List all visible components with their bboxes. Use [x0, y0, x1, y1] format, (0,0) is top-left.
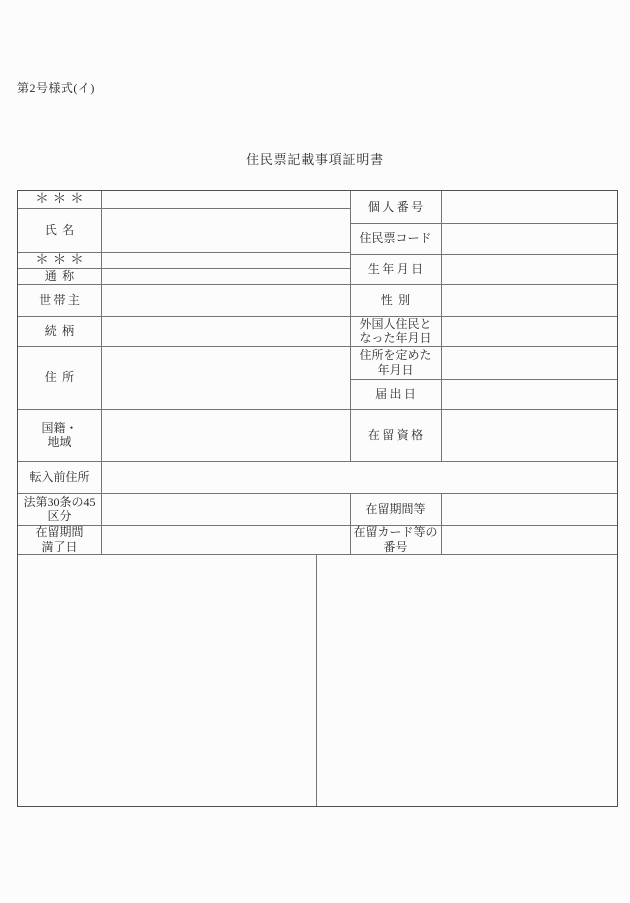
law-30-45-category-value-cell — [102, 493, 350, 525]
previous-address-value-cell — [102, 461, 617, 493]
notification-date-value-cell — [442, 379, 617, 409]
nationality-region-value-cell — [102, 409, 350, 461]
notification-date-field-label: 届出日 — [350, 379, 441, 409]
residence-period-value-cell — [442, 493, 617, 525]
previous-address-field-label: 転入前住所 — [18, 461, 101, 493]
masked-alias-value-cell — [102, 252, 350, 268]
gender-field-label: 性別 — [350, 284, 441, 316]
individual-number-field-label: 個人番号 — [350, 191, 441, 223]
relationship-field-label: 続柄 — [18, 316, 101, 346]
foreign-resident-since-field-label: 外国人住民と なった年月日 — [350, 316, 441, 346]
form-style-number: 第2号様式(イ) — [17, 79, 95, 96]
masked-top-value-cell — [102, 191, 350, 208]
individual-number-value-cell — [442, 191, 617, 223]
name-value-cell — [102, 208, 350, 252]
householder-value-cell — [102, 284, 350, 316]
alias-field-label: 通称 — [18, 268, 101, 284]
masked-top-label: ＊＊＊ — [18, 191, 101, 208]
gender-value-cell — [442, 284, 617, 316]
address-fixed-date-field-label: 住所を定めた 年月日 — [350, 346, 441, 379]
resident-record-certificate-table: ＊＊＊ 氏名 ＊＊＊ 通称 世帯主 続柄 住所 国籍・ 地域 転入前住所 法第3… — [17, 190, 618, 807]
residence-period-expiry-value-cell — [102, 525, 350, 554]
alias-value-cell — [102, 268, 350, 284]
date-of-birth-value-cell — [442, 254, 617, 284]
address-field-label: 住所 — [18, 346, 101, 409]
address-value-cell — [102, 346, 350, 409]
law-30-45-category-field-label: 法第30条の45 区分 — [18, 493, 101, 525]
name-field-label: 氏名 — [18, 208, 101, 252]
foreign-resident-since-value-cell — [442, 316, 617, 346]
nationality-region-field-label: 国籍・ 地域 — [18, 409, 101, 461]
resident-record-code-value-cell — [442, 223, 617, 254]
residence-period-field-label: 在留期間等 — [350, 493, 441, 525]
residence-period-expiry-field-label: 在留期間 満了日 — [18, 525, 101, 554]
address-fixed-date-value-cell — [442, 346, 617, 379]
householder-field-label: 世帯主 — [18, 284, 101, 316]
resident-record-code-field-label: 住民票コード — [350, 223, 441, 254]
relationship-value-cell — [102, 316, 350, 346]
bottom-right-notes-box — [317, 554, 617, 806]
document-title: 住民票記載事項証明書 — [0, 149, 630, 168]
residence-card-number-value-cell — [442, 525, 617, 554]
residence-status-value-cell — [442, 409, 617, 461]
residence-status-field-label: 在留資格 — [350, 409, 441, 461]
residence-card-number-field-label: 在留カード等の 番号 — [350, 525, 441, 554]
date-of-birth-field-label: 生年月日 — [350, 254, 441, 284]
bottom-left-notes-box — [18, 554, 316, 806]
masked-alias-label: ＊＊＊ — [18, 252, 101, 268]
